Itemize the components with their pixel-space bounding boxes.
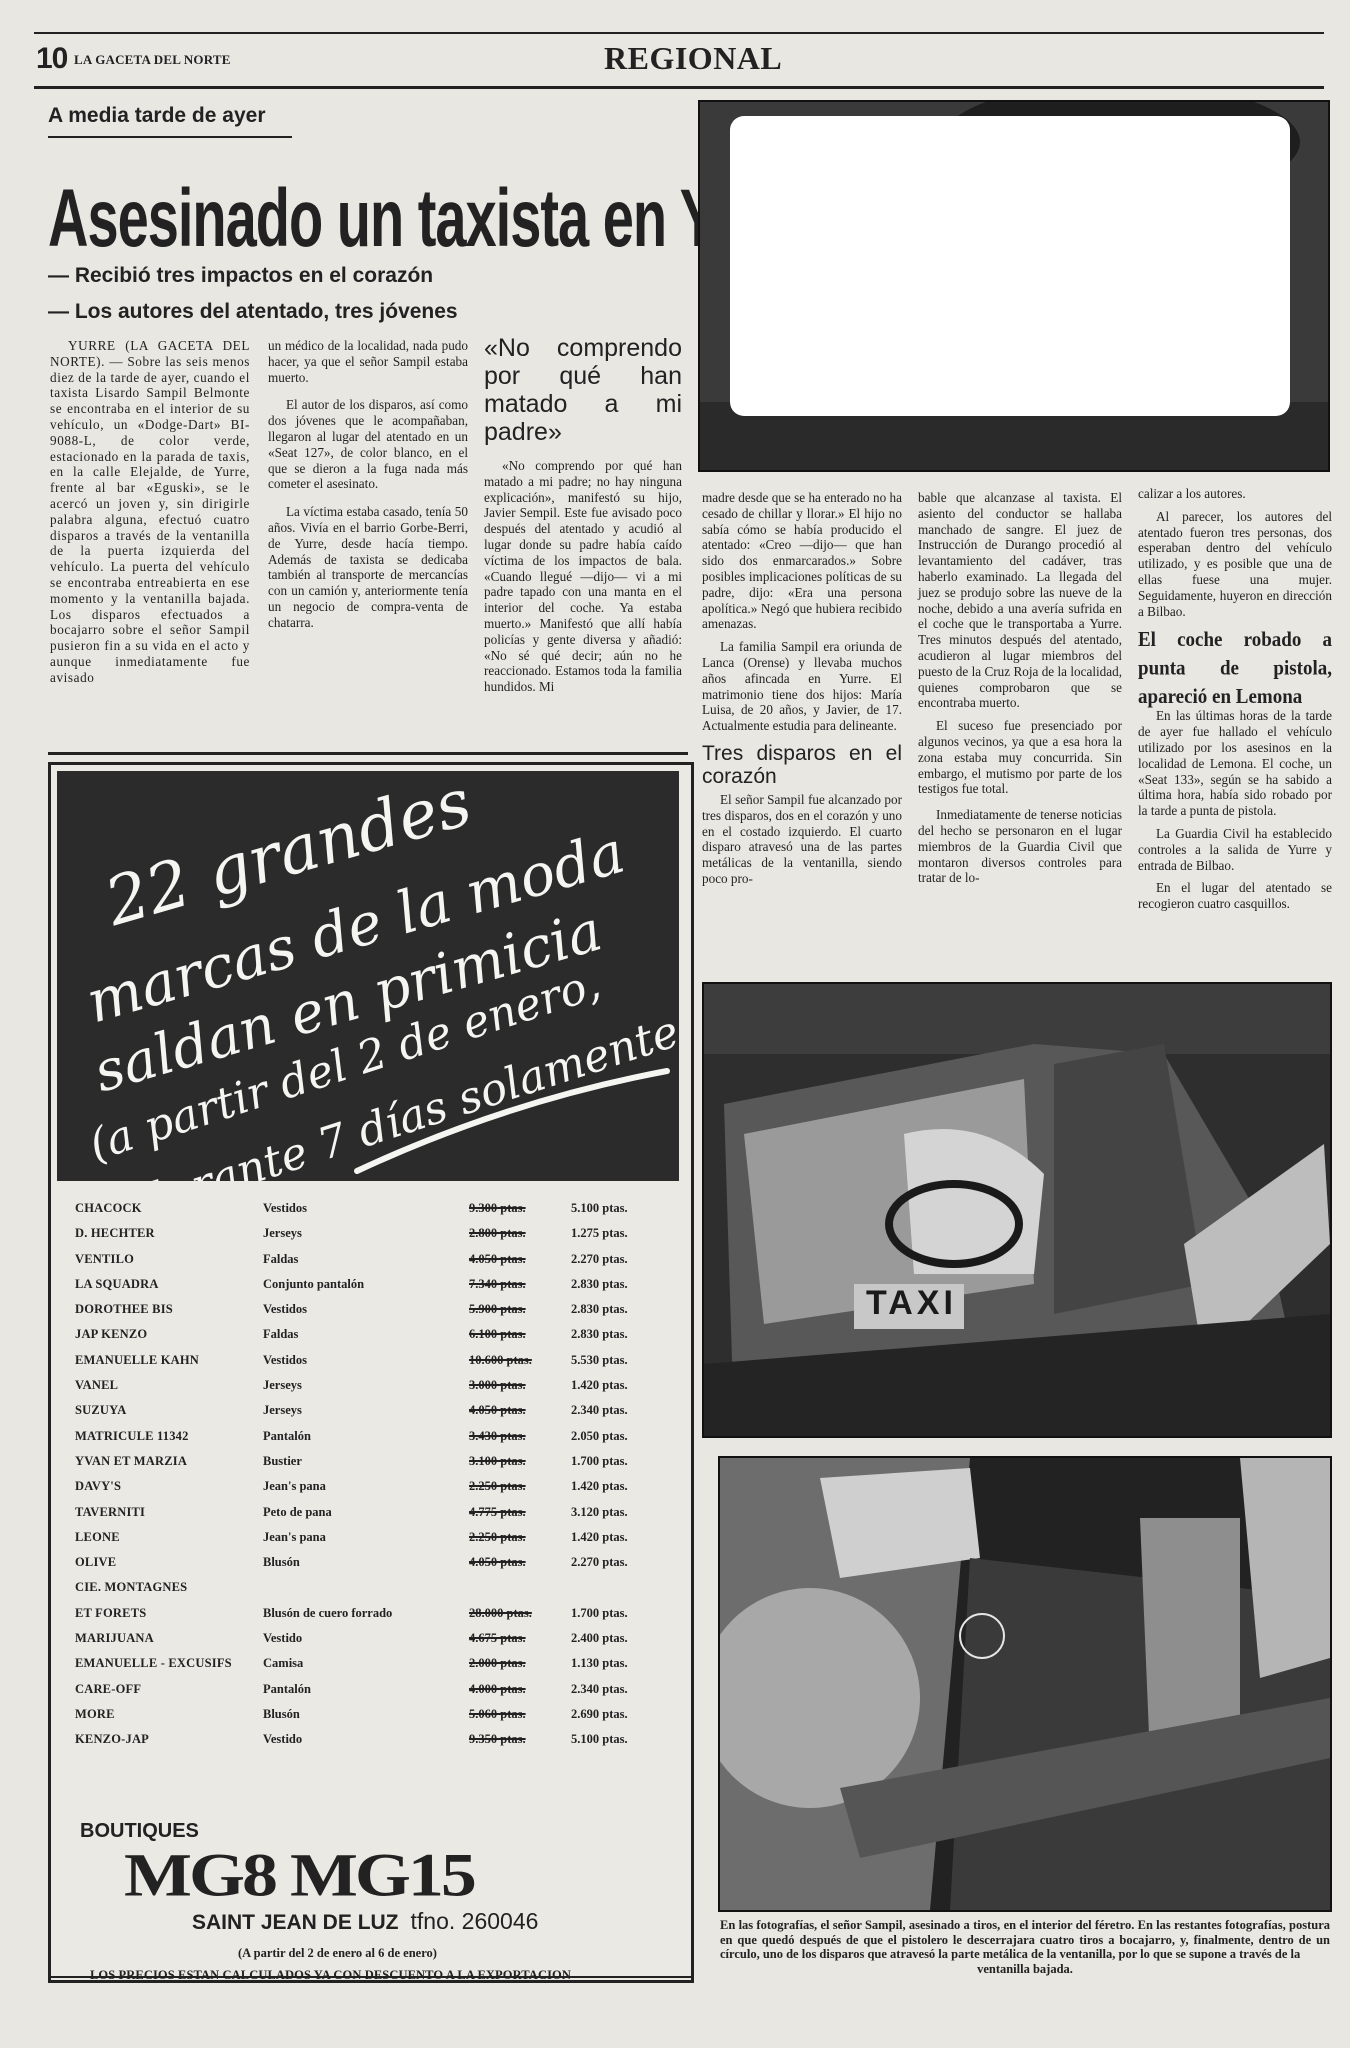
sale-price: 2.340 ptas. <box>571 1403 628 1418</box>
ad-prices-note: LOS PRECIOS ESTAN CALCULADOS YA CON DESC… <box>90 1968 571 1983</box>
brand-name: OLIVE <box>75 1555 116 1570</box>
article-paragraph: La víctima estaba casado, tenía 50 años.… <box>268 504 468 630</box>
article-paragraph: un médico de la localidad, nada pudo hac… <box>268 338 468 385</box>
sale-price: 5.100 ptas. <box>571 1732 628 1747</box>
brand-name: MORE <box>75 1707 115 1722</box>
article-paragraph: Inmediatamente de tenerse noticias del h… <box>918 807 1122 886</box>
item-type: Camisa <box>263 1656 303 1671</box>
price-table-row: DOROTHEE BISVestidos5.900 ptas.2.830 pta… <box>71 1298 676 1323</box>
item-type: Blusón <box>263 1707 300 1722</box>
sale-price: 5.530 ptas. <box>571 1353 628 1368</box>
price-table-row: JAP KENZOFaldas6.100 ptas.2.830 ptas. <box>71 1323 676 1348</box>
item-type: Jerseys <box>263 1403 302 1418</box>
original-price: 3.100 ptas. <box>469 1454 526 1469</box>
article-paragraph: calizar a los autores. <box>1138 486 1332 502</box>
article-column-5: bable que alcanzase al taxista. El asien… <box>918 490 1122 893</box>
item-type: Faldas <box>263 1327 298 1342</box>
brand-name: EMANUELLE - EXCUSIFS <box>75 1656 232 1671</box>
item-type: Vestidos <box>263 1302 307 1317</box>
photo-caption: En las fotografías, el señor Sampil, ase… <box>720 1918 1330 1976</box>
article-paragraph: La Guardia Civil ha establecido controle… <box>1138 826 1332 873</box>
original-price: 2.250 ptas. <box>469 1530 526 1545</box>
original-price: 9.300 ptas. <box>469 1201 526 1216</box>
price-table-row: MARIJUANAVestido4.675 ptas.2.400 ptas. <box>71 1627 676 1652</box>
sale-price: 2.340 ptas. <box>571 1682 628 1697</box>
deck-line-2: — Los autores del atentado, tres jóvenes <box>48 300 458 324</box>
brand-name: MATRICULE 11342 <box>75 1429 189 1444</box>
price-table-row: CIE. MONTAGNES <box>71 1576 676 1601</box>
photo-taxi-interior <box>718 1456 1332 1912</box>
price-table-row: LA SQUADRAConjunto pantalón7.340 ptas.2.… <box>71 1273 676 1298</box>
sale-price: 2.050 ptas. <box>571 1429 628 1444</box>
photo-coffin <box>698 100 1330 472</box>
original-price: 28.000 ptas. <box>469 1606 532 1621</box>
original-price: 10.600 ptas. <box>469 1353 532 1368</box>
item-type: Faldas <box>263 1252 298 1267</box>
sale-price: 2.270 ptas. <box>571 1252 628 1267</box>
article-paragraph: Al parecer, los autores del atentado fue… <box>1138 509 1332 620</box>
article-paragraph: bable que alcanzase al taxista. El asien… <box>918 490 1122 711</box>
sale-price: 2.400 ptas. <box>571 1631 628 1646</box>
brand-name: VANEL <box>75 1378 118 1393</box>
sale-price: 2.830 ptas. <box>571 1277 628 1292</box>
brand-name: TAVERNITI <box>75 1505 145 1520</box>
price-table-row: LEONEJean's pana2.250 ptas.1.420 ptas. <box>71 1526 676 1551</box>
item-type: Jean's pana <box>263 1530 326 1545</box>
ad-address: SAINT JEAN DE LUZtfno. 260046 <box>192 1908 538 1935</box>
sale-price: 2.690 ptas. <box>571 1707 628 1722</box>
article-paragraph: madre desde que se ha enterado no ha ces… <box>702 490 902 632</box>
sale-price: 1.130 ptas. <box>571 1656 628 1671</box>
article-paragraph: El señor Sampil fue alcanzado por tres d… <box>702 792 902 887</box>
sale-price: 3.120 ptas. <box>571 1505 628 1520</box>
original-price: 7.340 ptas. <box>469 1277 526 1292</box>
original-price: 2.800 ptas. <box>469 1226 526 1241</box>
ad-dates-note: (A partir del 2 de enero al 6 de enero) <box>238 1946 437 1961</box>
original-price: 4.000 ptas. <box>469 1682 526 1697</box>
kicker-underline <box>48 136 292 138</box>
sale-price: 1.420 ptas. <box>571 1530 628 1545</box>
item-type: Pantalón <box>263 1682 311 1697</box>
price-table-row: KENZO-JAPVestido9.350 ptas.5.100 ptas. <box>71 1728 676 1753</box>
article-paragraph: En el lugar del atentado se recogieron c… <box>1138 880 1332 912</box>
article-column-2: un médico de la localidad, nada pudo hac… <box>268 338 468 638</box>
brand-name: D. HECHTER <box>75 1226 155 1241</box>
sale-price: 1.420 ptas. <box>571 1479 628 1494</box>
sale-price: 1.275 ptas. <box>571 1226 628 1241</box>
brand-name: LEONE <box>75 1530 120 1545</box>
item-type: Blusón <box>263 1555 300 1570</box>
item-type: Pantalón <box>263 1429 311 1444</box>
photo-taxi-scene <box>704 984 1330 1436</box>
item-type: Peto de pana <box>263 1505 332 1520</box>
sale-price: 2.830 ptas. <box>571 1327 628 1342</box>
brand-name: SUZUYA <box>75 1403 126 1418</box>
article-paragraph: El autor de los disparos, así como dos j… <box>268 397 468 492</box>
original-price: 4.050 ptas. <box>469 1555 526 1570</box>
original-price: 4.675 ptas. <box>469 1631 526 1646</box>
ad-location: SAINT JEAN DE LUZ <box>192 1911 399 1934</box>
brand-name: DOROTHEE BIS <box>75 1302 173 1317</box>
page-number: 10 <box>36 42 67 76</box>
article-column-1: YURRE (LA GACETA DEL NORTE). — Sobre las… <box>50 338 250 693</box>
price-table-row: SUZUYAJerseys4.050 ptas.2.340 ptas. <box>71 1399 676 1424</box>
item-type: Vestido <box>263 1732 302 1747</box>
brand-name: ET FORETS <box>75 1606 146 1621</box>
ad-top-rule <box>48 752 688 755</box>
sale-price: 1.420 ptas. <box>571 1378 628 1393</box>
redacted-photo-area <box>730 116 1290 416</box>
deck-line-1: — Recibió tres impactos en el corazón <box>48 264 433 288</box>
item-type: Bustier <box>263 1454 302 1469</box>
price-table-row: EMANUELLE - EXCUSIFSCamisa2.000 ptas.1.1… <box>71 1652 676 1677</box>
item-type: Blusón de cuero forrado <box>263 1606 392 1621</box>
article-column-6: calizar a los autores. Al parecer, los a… <box>1138 486 1332 919</box>
original-price: 3.430 ptas. <box>469 1429 526 1444</box>
brand-name: YVAN ET MARZIA <box>75 1454 187 1469</box>
ad-phone: tfno. 260046 <box>411 1908 539 1934</box>
subheadline-coche-robado: El coche robado a punta de pistola, apar… <box>1138 626 1332 712</box>
item-type: Conjunto pantalón <box>263 1277 364 1292</box>
price-table-row: VANELJerseys3.000 ptas.1.420 ptas. <box>71 1374 676 1399</box>
sale-price: 1.700 ptas. <box>571 1606 628 1621</box>
original-price: 2.000 ptas. <box>469 1656 526 1671</box>
article-paragraph: La familia Sampil era oriunda de Lanca (… <box>702 639 902 734</box>
price-table-row: MATRICULE 11342Pantalón3.430 ptas.2.050 … <box>71 1425 676 1450</box>
price-table-row: VENTILOFaldas4.050 ptas.2.270 ptas. <box>71 1248 676 1273</box>
price-table-row: TAVERNITIPeto de pana4.775 ptas.3.120 pt… <box>71 1501 676 1526</box>
brand-name: MARIJUANA <box>75 1631 154 1646</box>
price-table-row: OLIVEBlusón4.050 ptas.2.270 ptas. <box>71 1551 676 1576</box>
item-type: Vestido <box>263 1631 302 1646</box>
taxi-sign-text: TAXI <box>866 1284 957 1323</box>
article-paragraph: El suceso fue presenciado por algunos ve… <box>918 718 1122 797</box>
original-price: 4.050 ptas. <box>469 1252 526 1267</box>
sale-price: 2.830 ptas. <box>571 1302 628 1317</box>
original-price: 3.000 ptas. <box>469 1378 526 1393</box>
photo-interior-scene <box>720 1458 1330 1910</box>
article-paragraph: YURRE (LA GACETA DEL NORTE). — Sobre las… <box>50 338 250 686</box>
photo-taxi-exterior: TAXI <box>702 982 1332 1438</box>
original-price: 5.060 ptas. <box>469 1707 526 1722</box>
masthead-bottom-rule <box>34 86 1324 89</box>
price-table-row: YVAN ET MARZIABustier3.100 ptas.1.700 pt… <box>71 1450 676 1475</box>
article-column-3: «No comprendo por qué han matado a mi pa… <box>484 334 682 702</box>
price-table-row: DAVY'SJean's pana2.250 ptas.1.420 ptas. <box>71 1475 676 1500</box>
section-title: REGIONAL <box>604 40 782 77</box>
article-headline: Asesinado un taxista en Yurre <box>48 162 688 275</box>
original-price: 4.775 ptas. <box>469 1505 526 1520</box>
original-price: 2.250 ptas. <box>469 1479 526 1494</box>
article-column-4: madre desde que se ha enterado no ha ces… <box>702 490 902 894</box>
price-table-row: CHACOCKVestidos9.300 ptas.5.100 ptas. <box>71 1197 676 1222</box>
article-kicker: A media tarde de ayer <box>48 104 266 128</box>
brand-name: KENZO-JAP <box>75 1732 149 1747</box>
advertisement-mg-boutiques: 22 grandes marcas de la moda saldan en p… <box>48 762 694 1983</box>
sale-price: 2.270 ptas. <box>571 1555 628 1570</box>
original-price: 6.100 ptas. <box>469 1327 526 1342</box>
caption-text-last-line: ventanilla bajada. <box>720 1962 1330 1977</box>
item-type: Jerseys <box>263 1378 302 1393</box>
brand-name: CIE. MONTAGNES <box>75 1580 187 1595</box>
subheadline-tres-disparos: Tres disparos en el corazón <box>702 742 902 788</box>
quote-subheadline: «No comprendo por qué han matado a mi pa… <box>484 334 682 446</box>
ad-underline-stroke <box>57 771 679 1181</box>
original-price: 9.350 ptas. <box>469 1732 526 1747</box>
brand-name: LA SQUADRA <box>75 1277 159 1292</box>
price-table-row: ET FORETSBlusón de cuero forrado28.000 p… <box>71 1602 676 1627</box>
item-type: Vestidos <box>263 1201 307 1216</box>
brand-name: CHACOCK <box>75 1201 142 1216</box>
ad-script-banner: 22 grandes marcas de la moda saldan en p… <box>57 771 679 1181</box>
brand-name: VENTILO <box>75 1252 134 1267</box>
price-table-row: CARE-OFFPantalón4.000 ptas.2.340 ptas. <box>71 1678 676 1703</box>
price-table-row: EMANUELLE KAHNVestidos10.600 ptas.5.530 … <box>71 1349 676 1374</box>
newspaper-name: LA GACETA DEL NORTE <box>74 52 231 68</box>
item-type: Jean's pana <box>263 1479 326 1494</box>
masthead-top-rule <box>34 32 1324 34</box>
article-paragraph: En las últimas horas de la tarde de ayer… <box>1138 708 1332 819</box>
brand-name: EMANUELLE KAHN <box>75 1353 199 1368</box>
brand-name: JAP KENZO <box>75 1327 147 1342</box>
original-price: 5.900 ptas. <box>469 1302 526 1317</box>
brand-name: CARE-OFF <box>75 1682 141 1697</box>
caption-text: En las fotografías, el señor Sampil, ase… <box>720 1918 1330 1961</box>
price-table-row: D. HECHTERJerseys2.800 ptas.1.275 ptas. <box>71 1222 676 1247</box>
ad-brand-logo: MG8 MG15 <box>124 1840 474 1911</box>
sale-price: 1.700 ptas. <box>571 1454 628 1469</box>
sale-price: 5.100 ptas. <box>571 1201 628 1216</box>
item-type: Jerseys <box>263 1226 302 1241</box>
original-price: 4.050 ptas. <box>469 1403 526 1418</box>
item-type: Vestidos <box>263 1353 307 1368</box>
price-table: CHACOCKVestidos9.300 ptas.5.100 ptas.D. … <box>71 1197 676 1754</box>
article-paragraph: «No comprendo por qué han matado a mi pa… <box>484 458 682 695</box>
brand-name: DAVY'S <box>75 1479 121 1494</box>
price-table-row: MOREBlusón5.060 ptas.2.690 ptas. <box>71 1703 676 1728</box>
